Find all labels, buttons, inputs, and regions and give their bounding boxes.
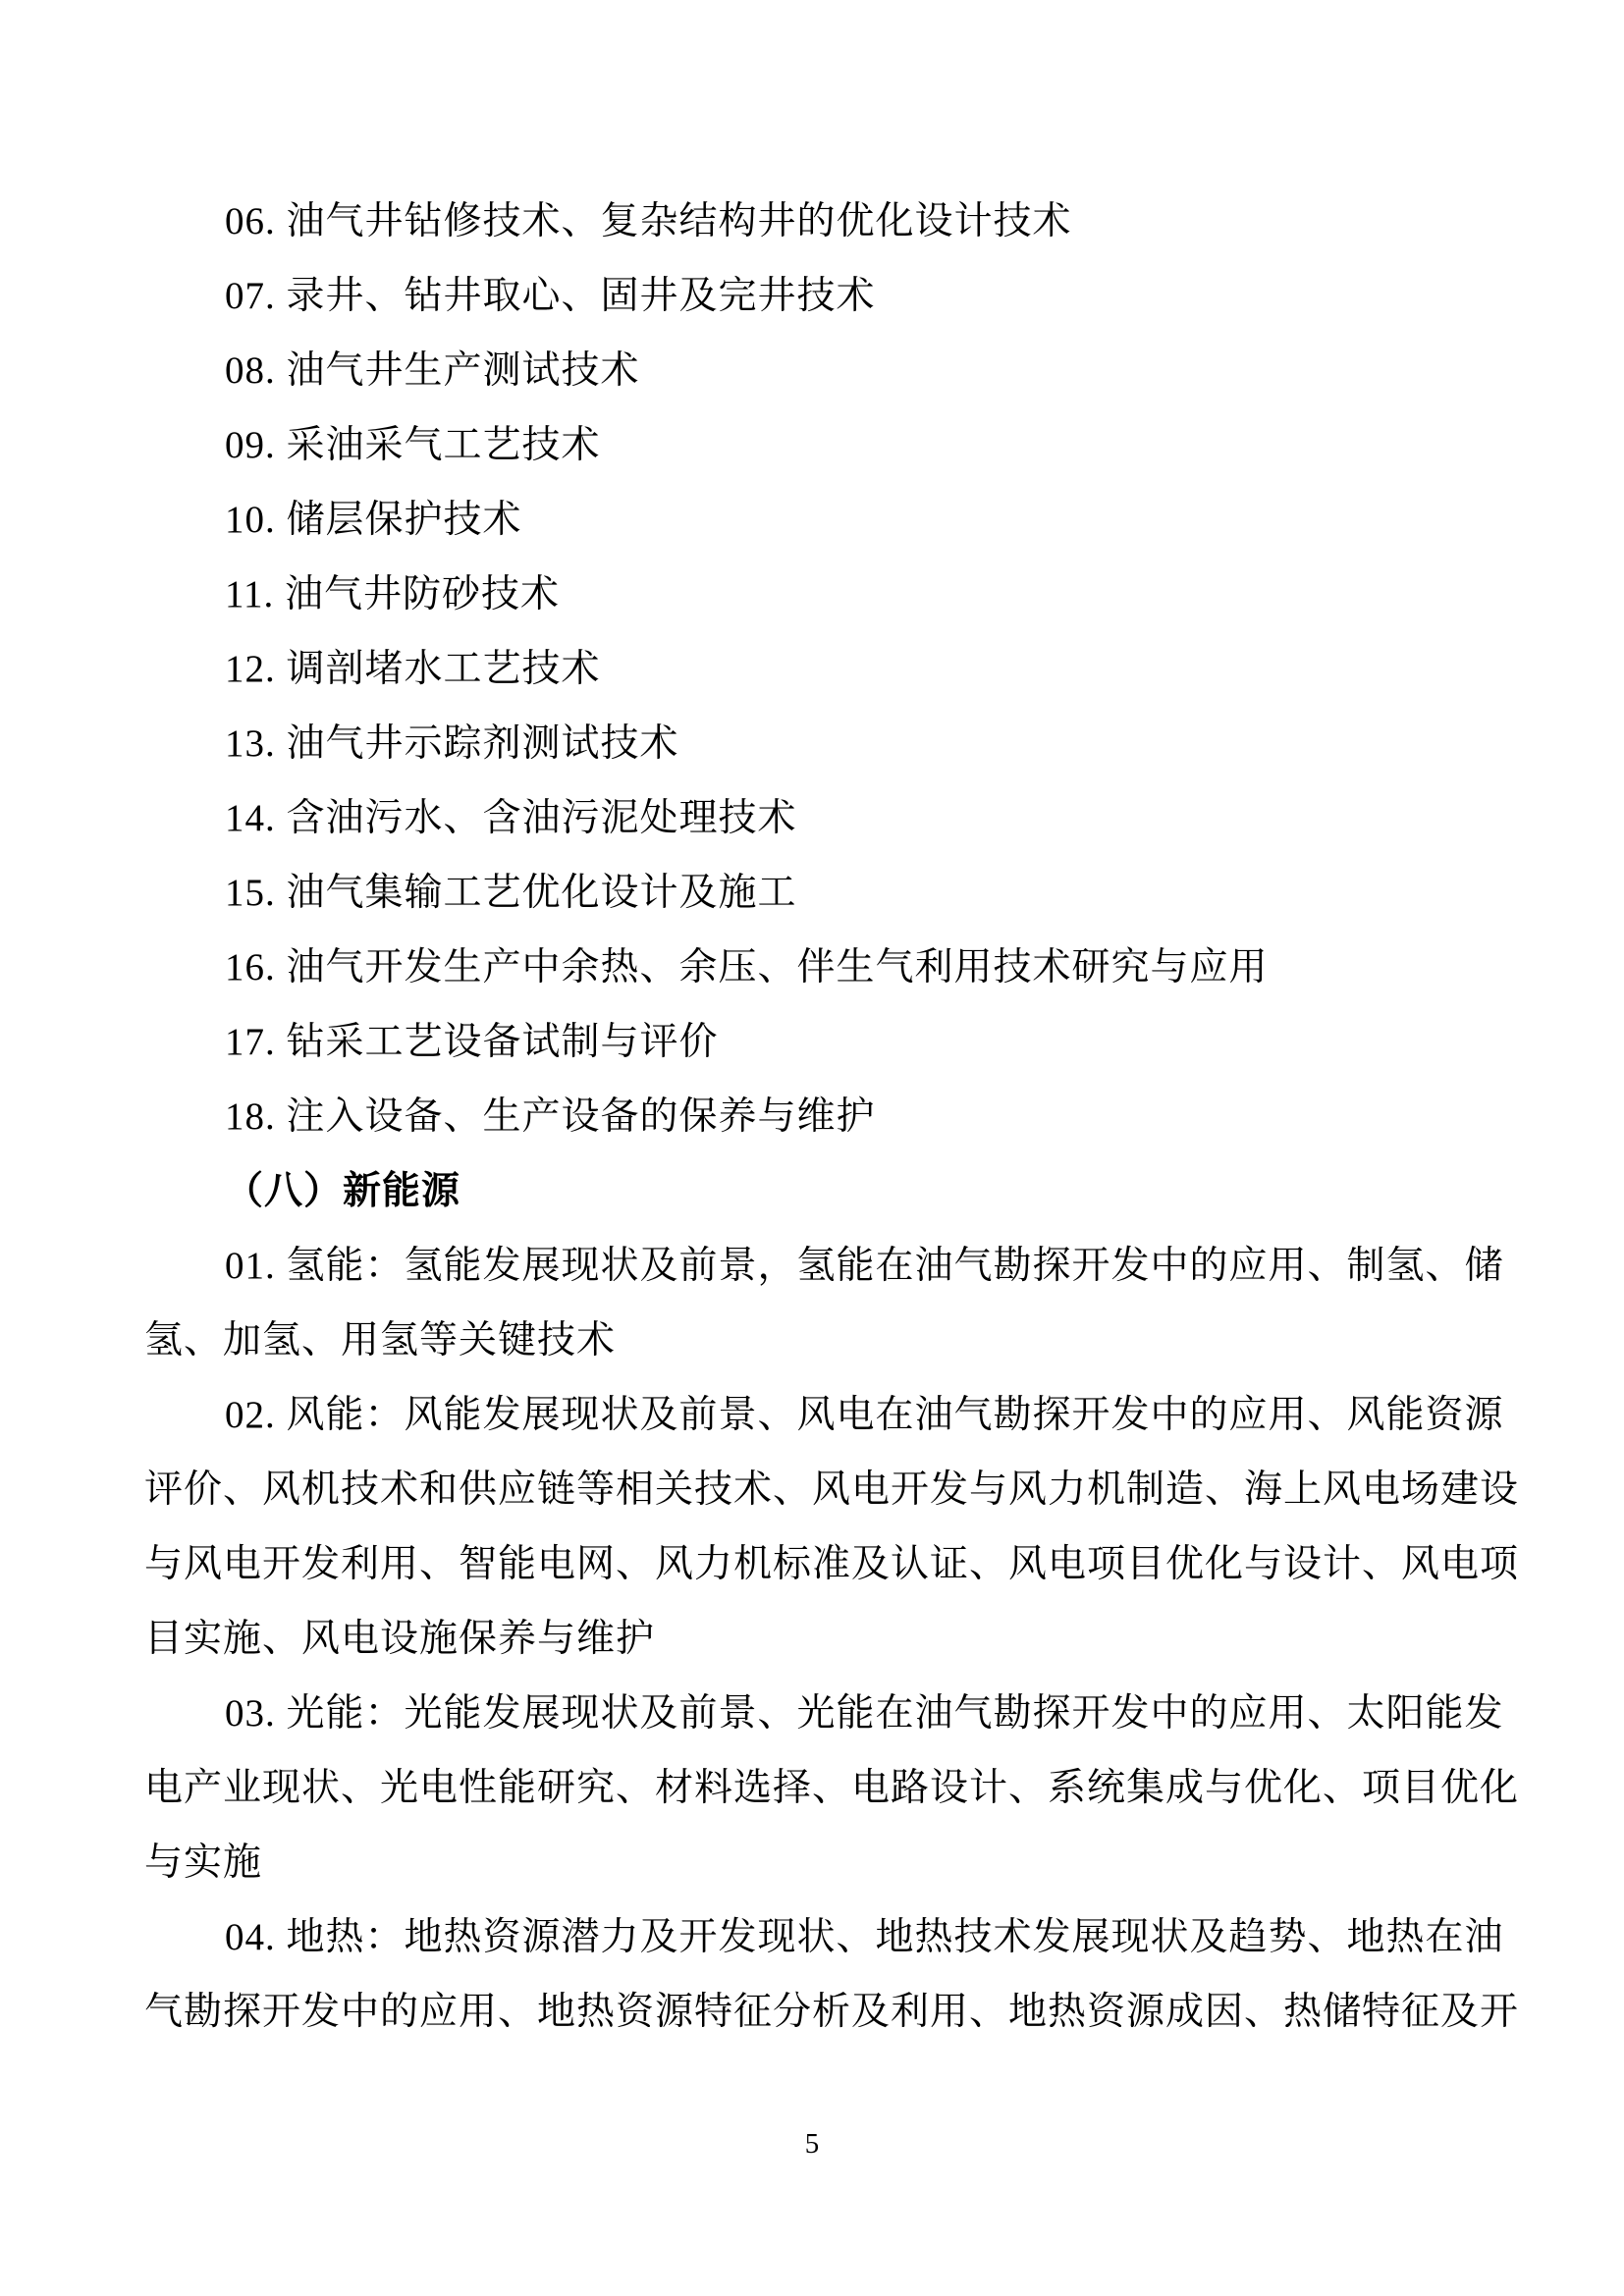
list-item: 03. 光能：光能发展现状及前景、光能在油气勘探开发中的应用、太阳能发: [144, 1677, 1486, 1751]
list-item: 11. 油气井防砂技术: [144, 558, 1486, 632]
section-heading: （八）新能源: [144, 1154, 1486, 1229]
list-item: 06. 油气井钻修技术、复杂结构井的优化设计技术: [144, 185, 1486, 259]
list-item: 10. 储层保护技术: [144, 483, 1486, 558]
text-line: 与风电开发利用、智能电网、风力机标准及认证、风电项目优化与设计、风电项: [144, 1527, 1486, 1602]
list-item: 15. 油气集输工艺优化设计及施工: [144, 856, 1486, 931]
list-item: 09. 采油采气工艺技术: [144, 408, 1486, 483]
text-line: 目实施、风电设施保养与维护: [144, 1602, 1486, 1677]
list-item: 04. 地热：地热资源潜力及开发现状、地热技术发展现状及趋势、地热在油: [144, 1900, 1486, 1975]
list-item: 18. 注入设备、生产设备的保养与维护: [144, 1080, 1486, 1154]
list-item: 07. 录井、钻井取心、固井及完井技术: [144, 259, 1486, 334]
list-item: 17. 钻采工艺设备试制与评价: [144, 1005, 1486, 1080]
list-item: 08. 油气井生产测试技术: [144, 334, 1486, 408]
text-line: 气勘探开发中的应用、地热资源特征分析及利用、地热资源成因、热储特征及开: [144, 1975, 1486, 2050]
text-line: 电产业现状、光电性能研究、材料选择、电路设计、系统集成与优化、项目优化: [144, 1751, 1486, 1826]
document-body: 06. 油气井钻修技术、复杂结构井的优化设计技术07. 录井、钻井取心、固井及完…: [144, 185, 1486, 2050]
text-line: 评价、风机技术和供应链等相关技术、风电开发与风力机制造、海上风电场建设: [144, 1453, 1486, 1527]
document-page: 06. 油气井钻修技术、复杂结构井的优化设计技术07. 录井、钻井取心、固井及完…: [0, 0, 1624, 2296]
text-line: 与实施: [144, 1826, 1486, 1900]
list-item: 16. 油气开发生产中余热、余压、伴生气利用技术研究与应用: [144, 931, 1486, 1005]
list-item: 01. 氢能：氢能发展现状及前景，氢能在油气勘探开发中的应用、制氢、储: [144, 1229, 1486, 1304]
list-item: 02. 风能：风能发展现状及前景、风电在油气勘探开发中的应用、风能资源: [144, 1378, 1486, 1453]
list-item: 13. 油气井示踪剂测试技术: [144, 707, 1486, 781]
text-line: 氢、加氢、用氢等关键技术: [144, 1304, 1486, 1378]
page-number: 5: [0, 2123, 1624, 2164]
list-item: 14. 含油污水、含油污泥处理技术: [144, 781, 1486, 856]
list-item: 12. 调剖堵水工艺技术: [144, 632, 1486, 707]
